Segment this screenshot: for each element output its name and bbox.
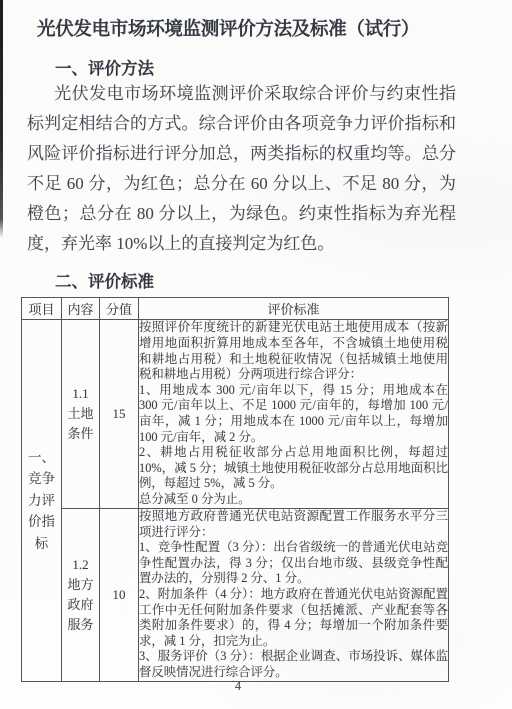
- document-title: 光伏发电市场环境监测评价方法及标准（试行）: [37, 15, 419, 41]
- criteria-cell-local-government-service: 按照地方政府普通光伏电站资源配置工作服务水平分三项进行评分： 1、竞争性配置（3…: [139, 509, 449, 682]
- column-header-score: 分值: [100, 298, 139, 320]
- scan-artifact-left-edge: [0, 0, 3, 238]
- table-row-land-conditions: 一、竞争力评价指标 1.1 土地 条件 15 按照评价年度统计的新建光伏电站土地…: [22, 320, 449, 509]
- table-header-row: 项目 内容 分值 评价标准: [22, 298, 449, 320]
- column-header-criteria: 评价标准: [139, 298, 449, 320]
- page-number: 4: [226, 679, 250, 694]
- category-cell-competitiveness-indicators: 一、竞争力评价指标: [22, 320, 62, 682]
- score-cell-local-government-service: 10: [100, 509, 139, 682]
- document-page: 光伏发电市场环境监测评价方法及标准（试行） 一、评价方法 光伏发电市场环境监测评…: [0, 0, 512, 709]
- evaluation-standard-table: 项目 内容 分值 评价标准 一、竞争力评价指标 1.1 土地 条件 15 按照评…: [21, 297, 449, 682]
- table-row-local-government-service: 1.2 地方 政府 服务 10 按照地方政府普通光伏电站资源配置工作服务水平分三…: [22, 509, 449, 682]
- column-header-content: 内容: [62, 298, 100, 320]
- section-1-heading: 一、评价方法: [55, 55, 154, 79]
- criteria-cell-land-conditions: 按照评价年度统计的新建光伏电站土地使用成本（按新增用地面积折算用地成本至各年，不…: [139, 320, 449, 509]
- score-cell-land-conditions: 15: [100, 320, 139, 509]
- column-header-item: 项目: [22, 298, 62, 320]
- section-1-paragraph: 光伏发电市场环境监测评价采取综合评价与约束性指标判定相结合的方式。综合评价由各项…: [27, 79, 456, 259]
- content-cell-local-government-service: 1.2 地方 政府 服务: [62, 509, 100, 682]
- section-2-heading: 二、评价标准: [55, 268, 154, 292]
- content-cell-land-conditions: 1.1 土地 条件: [62, 320, 100, 509]
